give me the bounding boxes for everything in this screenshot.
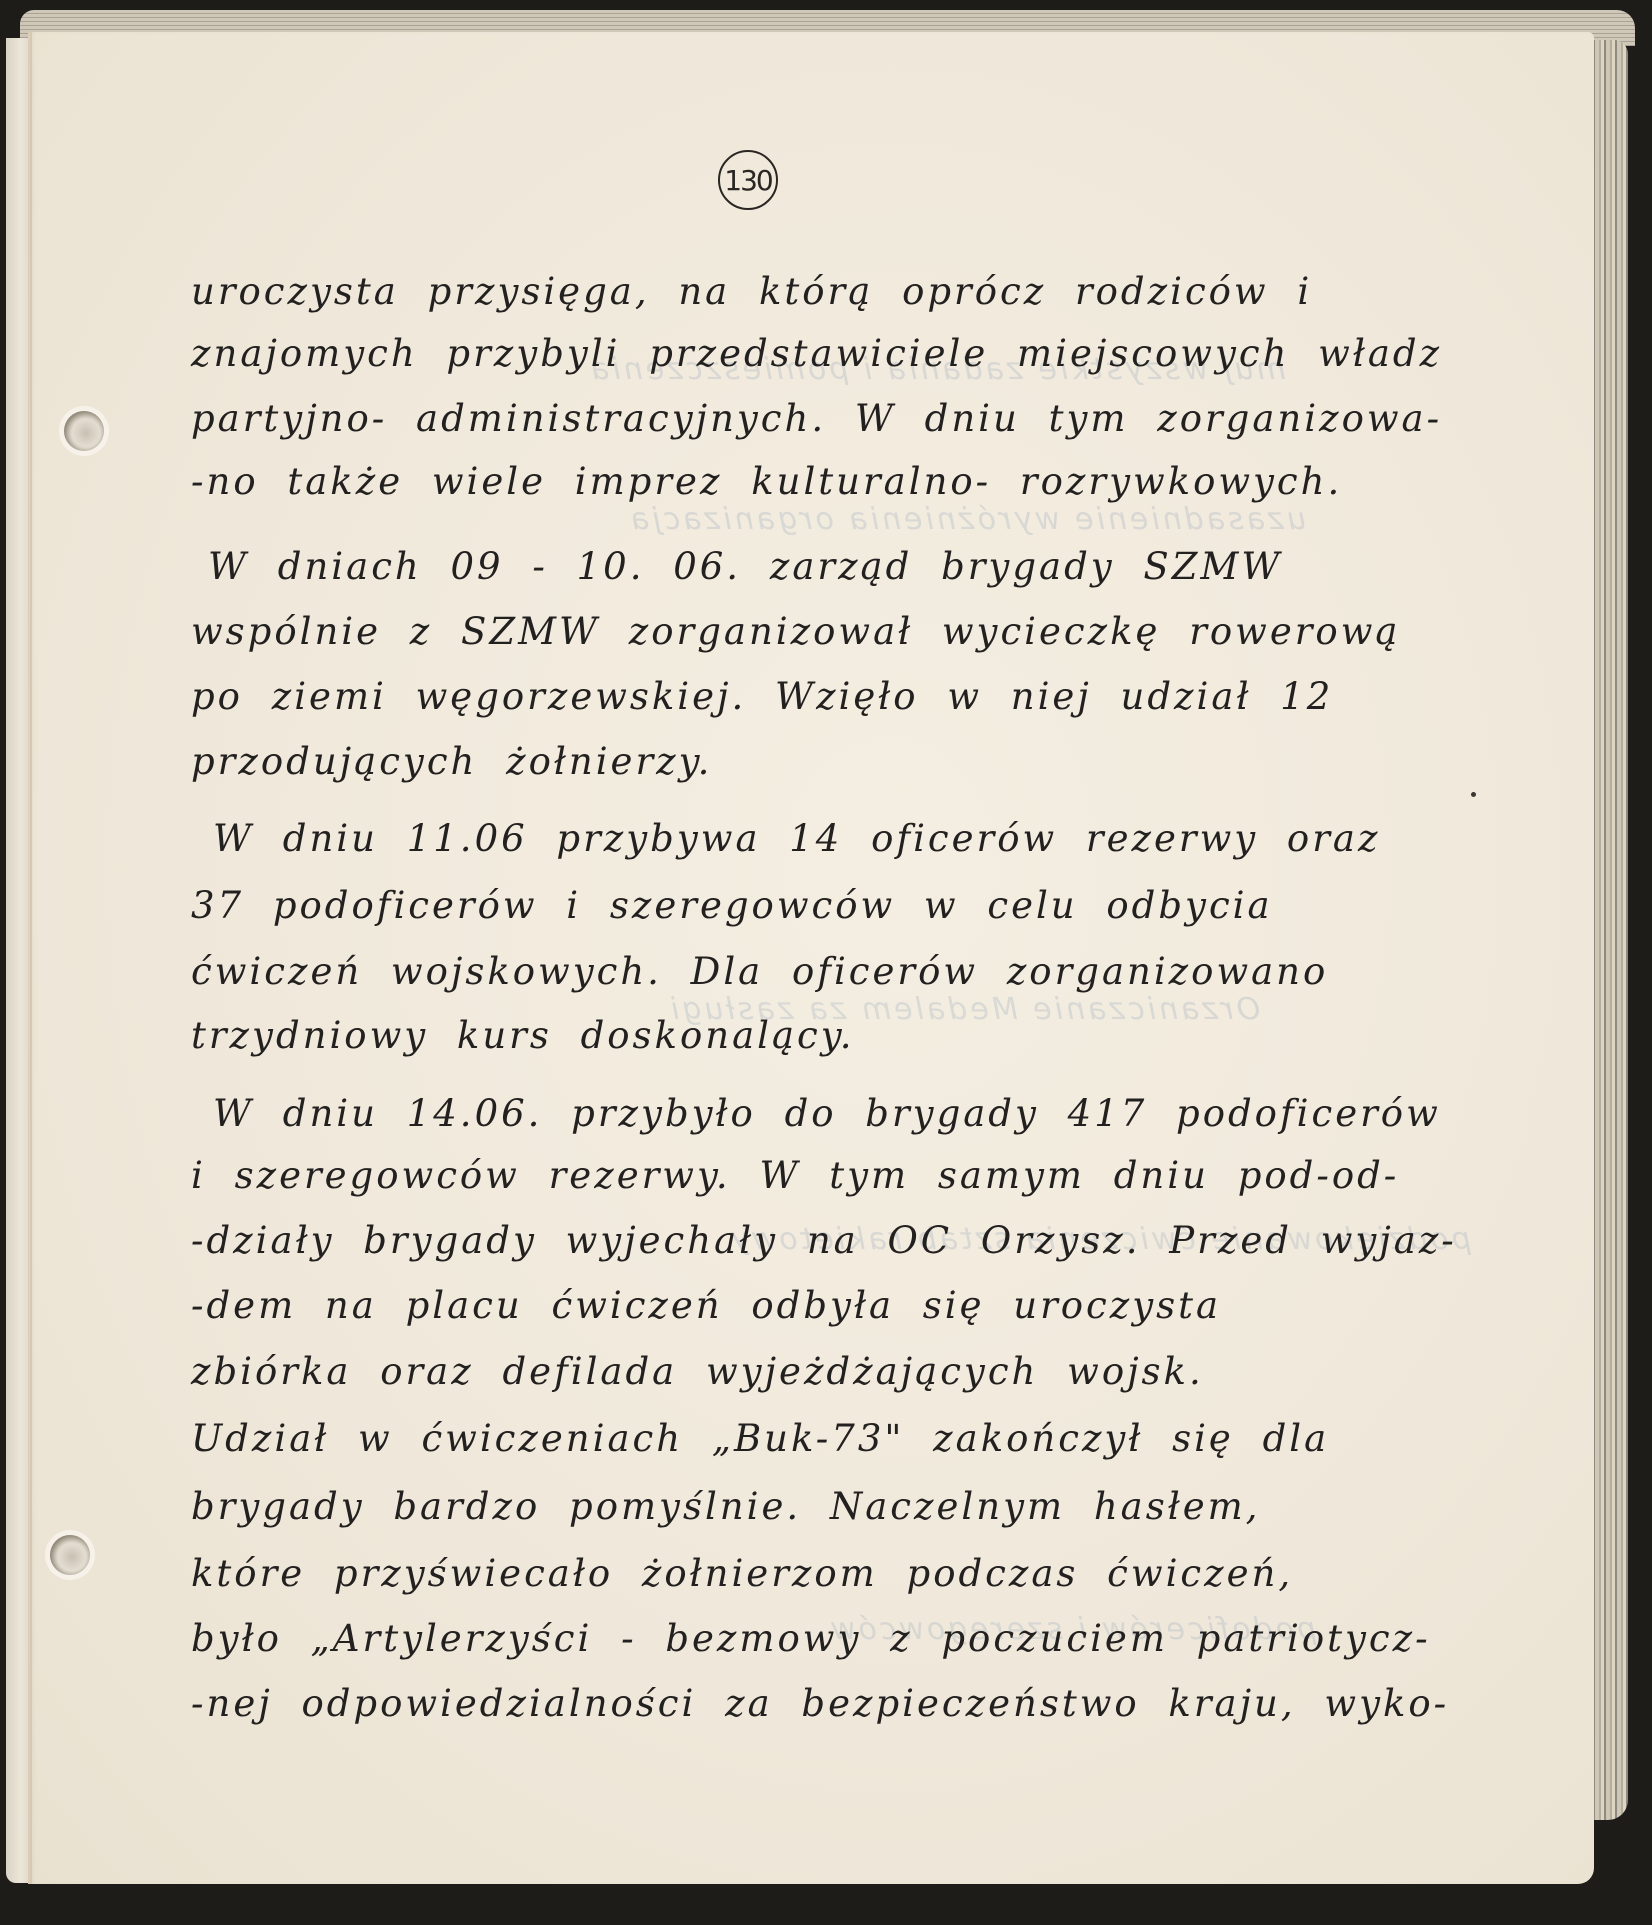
text-line: W dniu 14.06. przybyło do brygady 417 po… xyxy=(213,1092,1441,1135)
text-line: -nej odpowiedzialności za bezpieczeństwo… xyxy=(191,1682,1449,1725)
page-number-badge: 130 xyxy=(718,150,778,210)
ink-speck xyxy=(1471,792,1476,797)
text-line: 37 podoficerów i szeregowców w celu odby… xyxy=(191,884,1273,927)
text-line: ćwiczeń wojskowych. Dla oficerów zorgani… xyxy=(191,950,1328,993)
text-line: przodujących żołnierzy. xyxy=(191,740,712,783)
gutter-line xyxy=(30,32,32,1884)
book-spine-strip xyxy=(6,38,30,1883)
text-line: W dniu 11.06 przybywa 14 oficerów rezerw… xyxy=(213,817,1380,860)
text-line: znajomych przybyli przedstawiciele miejs… xyxy=(191,332,1442,375)
text-line: po ziemi węgorzewskiej. Wzięło w niej ud… xyxy=(191,675,1333,718)
scanned-page: muj wszystkie zadania i pomieszczenia uz… xyxy=(0,0,1652,1925)
text-line: trzydniowy kurs doskonalący. xyxy=(191,1014,855,1057)
text-line: W dniach 09 - 10. 06. zarząd brygady SZM… xyxy=(208,545,1282,588)
text-line: partyjno- administracyjnych. W dniu tym … xyxy=(191,397,1442,440)
text-line: było „Artylerzyści - bezmowy z poczuciem… xyxy=(191,1617,1431,1660)
text-line: które przyświecało żołnierzom podczas ćw… xyxy=(191,1552,1293,1595)
text-line: i szeregowców rezerwy. W tym samym dniu … xyxy=(191,1154,1399,1197)
text-line: -no także wiele imprez kulturalno- rozry… xyxy=(191,460,1342,503)
bleed-through-text: uzasadnienie wyróżnienia organizacja xyxy=(628,502,1306,537)
text-line: Udział w ćwiczeniach „Buk-73" zakończył … xyxy=(191,1417,1329,1460)
text-line: -działy brygady wyjechały na OC Orzysz. … xyxy=(191,1219,1457,1262)
text-line: zbiórka oraz defilada wyjeżdżających woj… xyxy=(191,1350,1204,1393)
text-line: -dem na placu ćwiczeń odbyła się uroczys… xyxy=(191,1284,1221,1327)
binding-hole-icon xyxy=(64,411,104,451)
text-line: wspólnie z SZMW zorganizował wycieczkę r… xyxy=(191,610,1400,653)
binding-hole-icon xyxy=(50,1535,90,1575)
text-line: brygady bardzo pomyślnie. Naczelnym hasł… xyxy=(191,1485,1260,1528)
text-line: uroczysta przysięga, na którą oprócz rod… xyxy=(191,270,1312,313)
notebook-page: muj wszystkie zadania i pomieszczenia uz… xyxy=(28,32,1594,1884)
